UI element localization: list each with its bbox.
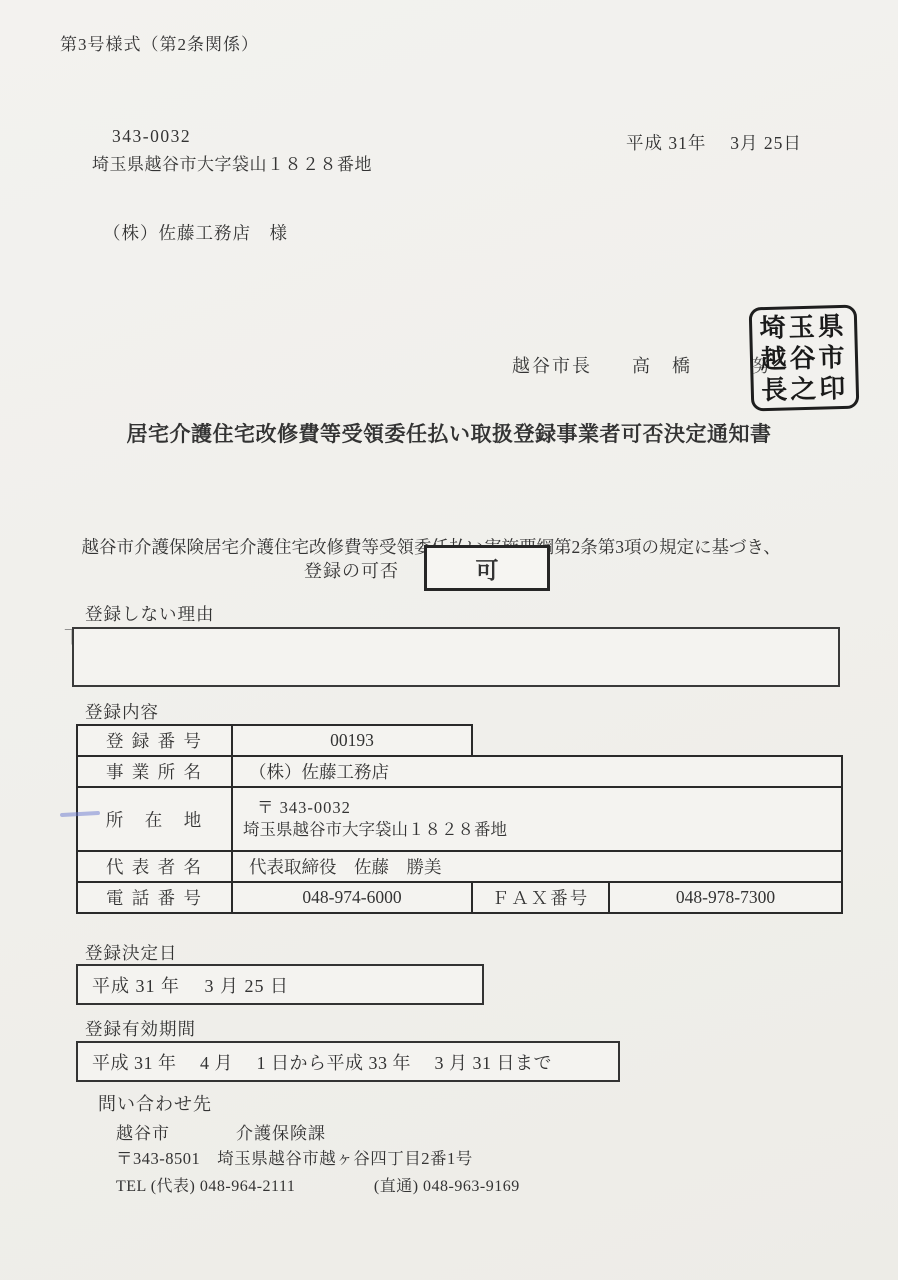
table-row-registration-number: 登 録 番 号 00193	[76, 724, 843, 757]
contact-address: 〒343-8501 埼玉県越谷市越ヶ谷四丁目2番1号	[116, 1145, 473, 1169]
tel-direct-label: (直通)	[374, 1178, 419, 1195]
table-row-business-name: 事 業 所 名 （株）佐藤工務店	[76, 755, 843, 788]
address-postal: 〒 343-0032	[257, 797, 351, 819]
document-title: 居宅介護住宅改修費等受領委任払い取扱登録事業者可否決定通知書	[0, 418, 898, 448]
valid-period-value: 平成 31 年 4 月 1 日から平成 33 年 3 月 31 日まで	[78, 1049, 552, 1075]
issuer-mayor-line: 越谷市長 高 橋 努	[512, 352, 772, 378]
table-row-address: 所 在 地 〒 343-0032 埼玉県越谷市大字袋山１８２８番地	[76, 786, 843, 852]
row-label: 所 在 地	[76, 786, 233, 852]
registration-table: 登 録 番 号 00193 事 業 所 名 （株）佐藤工務店 所 在 地 〒 3…	[76, 724, 843, 914]
row-value: 代表取締役 佐藤 勝美	[231, 850, 843, 883]
reason-empty-box	[72, 627, 840, 687]
row-label: 事 業 所 名	[76, 755, 233, 788]
decision-date-box: 平成 31 年 3 月 25 日	[76, 964, 484, 1005]
scanned-document-page: 第3号様式（第2条関係） 343-0032 埼玉県越谷市大字袋山１８２８番地 平…	[0, 0, 898, 1280]
approval-label: 登録の可否	[304, 557, 399, 583]
row-value: 〒 343-0032 埼玉県越谷市大字袋山１８２８番地	[231, 786, 843, 852]
tel-direct-number: 048-963-9169	[423, 1178, 520, 1195]
valid-period-heading: 登録有効期間	[85, 1016, 196, 1041]
approval-value-box: 可	[424, 545, 550, 591]
seal-row-3: 長之印	[753, 372, 856, 406]
recipient-name: （株）佐藤工務店 様	[103, 220, 288, 245]
phone-value: 048-974-6000	[231, 881, 473, 914]
form-code: 第3号様式（第2条関係）	[60, 30, 259, 55]
table-row-representative: 代 表 者 名 代表取締役 佐藤 勝美	[76, 850, 843, 883]
tel-main-label: TEL (代表)	[116, 1178, 195, 1195]
seal-row-1: 埼玉県	[752, 310, 855, 344]
contact-dept: 介護保険課	[236, 1124, 326, 1143]
reason-heading: 登録しない理由	[85, 601, 215, 626]
seal-row-2: 越谷市	[753, 341, 856, 375]
mayor-seal-stamp: 埼玉県 越谷市 長之印	[749, 305, 860, 412]
row-label: 登 録 番 号	[76, 724, 233, 757]
address-street: 埼玉県越谷市大字袋山１８２８番地	[243, 819, 507, 841]
issue-date: 平成 31年 3月 25日	[626, 130, 802, 155]
decision-date-heading: 登録決定日	[85, 940, 178, 965]
table-row-phone-fax: 電 話 番 号 048-974-6000 ＦＡＸ番号 048-978-7300	[76, 881, 843, 914]
decision-date-value: 平成 31 年 3 月 25 日	[78, 972, 289, 998]
contact-org-dept: 越谷市介護保険課	[116, 1119, 326, 1144]
contact-org: 越谷市	[116, 1119, 236, 1144]
tel-main-number: 048-964-2111	[200, 1178, 295, 1195]
fax-value: 048-978-7300	[608, 881, 843, 914]
sender-address: 埼玉県越谷市大字袋山１８２８番地	[92, 150, 372, 175]
registration-heading: 登録内容	[85, 699, 159, 724]
contact-heading: 問い合わせ先	[98, 1090, 212, 1116]
row-value: 00193	[231, 724, 473, 757]
row-label: 電 話 番 号	[76, 881, 233, 914]
approval-value: 可	[476, 552, 499, 585]
sender-postal-code: 343-0032	[112, 126, 191, 147]
fax-label: ＦＡＸ番号	[471, 881, 610, 914]
valid-period-box: 平成 31 年 4 月 1 日から平成 33 年 3 月 31 日まで	[76, 1041, 620, 1082]
row-value: （株）佐藤工務店	[231, 755, 843, 788]
contact-tel-line: TEL (代表) 048-964-2111 (直通) 048-963-9169	[116, 1173, 520, 1196]
row-label: 代 表 者 名	[76, 850, 233, 883]
